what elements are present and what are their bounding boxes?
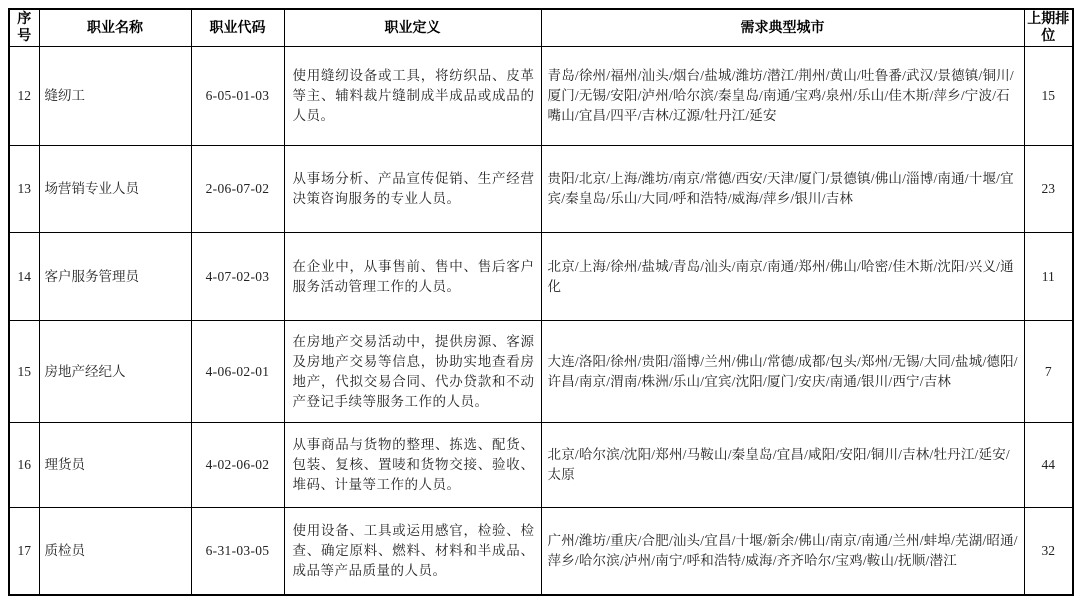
cell-name: 缝纫工: [39, 47, 191, 146]
cell-rank: 11: [1024, 233, 1073, 321]
table-row: 13 场营销专业人员 2-06-07-02 从事场分析、产品宣传促销、生产经营决…: [9, 146, 1073, 233]
cell-definition: 在企业中，从事售前、售中、售后客户服务活动管理工作的人员。: [284, 233, 541, 321]
cell-cities: 北京/上海/徐州/盐城/青岛/汕头/南京/南通/郑州/佛山/哈密/佳木斯/沈阳/…: [541, 233, 1024, 321]
cell-definition: 从事商品与货物的整理、拣选、配货、包装、复核、置唛和货物交接、验收、堆码、计量等…: [284, 423, 541, 508]
cell-cities: 大连/洛阳/徐州/贵阳/淄博/兰州/佛山/常德/成都/包头/郑州/无锡/大同/盐…: [541, 321, 1024, 423]
header-occupation-code: 职业代码: [191, 9, 284, 47]
table-row: 16 理货员 4-02-06-02 从事商品与货物的整理、拣选、配货、包装、复核…: [9, 423, 1073, 508]
cell-rank: 44: [1024, 423, 1073, 508]
cell-cities: 贵阳/北京/上海/潍坊/南京/常德/西安/天津/厦门/景德镇/佛山/淄博/南通/…: [541, 146, 1024, 233]
cell-name: 质检员: [39, 508, 191, 595]
occupation-demand-table: 序号 职业名称 职业代码 职业定义 需求典型城市 上期排位 12 缝纫工 6-0…: [8, 8, 1074, 596]
header-occupation-name: 职业名称: [39, 9, 191, 47]
cell-no: 16: [9, 423, 39, 508]
cell-name: 场营销专业人员: [39, 146, 191, 233]
cell-cities: 北京/哈尔滨/沈阳/郑州/马鞍山/秦皇岛/宜昌/咸阳/安阳/铜川/吉林/牡丹江/…: [541, 423, 1024, 508]
cell-code: 6-05-01-03: [191, 47, 284, 146]
header-previous-rank: 上期排位: [1024, 9, 1073, 47]
cell-definition: 使用缝纫设备或工具，将纺织品、皮革等主、辅料裁片缝制成半成品或成品的人员。: [284, 47, 541, 146]
header-demand-cities: 需求典型城市: [541, 9, 1024, 47]
cell-definition: 在房地产交易活动中，提供房源、客源及房地产交易等信息，协助实地查看房地产，代拟交…: [284, 321, 541, 423]
table-row: 15 房地产经纪人 4-06-02-01 在房地产交易活动中，提供房源、客源及房…: [9, 321, 1073, 423]
cell-no: 15: [9, 321, 39, 423]
cell-code: 4-06-02-01: [191, 321, 284, 423]
table-header-row: 序号 职业名称 职业代码 职业定义 需求典型城市 上期排位: [9, 9, 1073, 47]
table-row: 12 缝纫工 6-05-01-03 使用缝纫设备或工具，将纺织品、皮革等主、辅料…: [9, 47, 1073, 146]
cell-definition: 从事场分析、产品宣传促销、生产经营决策咨询服务的专业人员。: [284, 146, 541, 233]
document-page: 序号 职业名称 职业代码 职业定义 需求典型城市 上期排位 12 缝纫工 6-0…: [0, 0, 1080, 600]
header-occupation-definition: 职业定义: [284, 9, 541, 47]
cell-rank: 7: [1024, 321, 1073, 423]
cell-name: 理货员: [39, 423, 191, 508]
cell-rank: 15: [1024, 47, 1073, 146]
cell-no: 14: [9, 233, 39, 321]
cell-no: 12: [9, 47, 39, 146]
cell-code: 2-06-07-02: [191, 146, 284, 233]
cell-rank: 23: [1024, 146, 1073, 233]
cell-rank: 32: [1024, 508, 1073, 595]
cell-code: 4-07-02-03: [191, 233, 284, 321]
cell-cities: 青岛/徐州/福州/汕头/烟台/盐城/潍坊/潜江/荆州/黄山/吐鲁番/武汉/景德镇…: [541, 47, 1024, 146]
cell-no: 17: [9, 508, 39, 595]
cell-name: 客户服务管理员: [39, 233, 191, 321]
cell-cities: 广州/潍坊/重庆/合肥/汕头/宜昌/十堰/新余/佛山/南京/南通/兰州/蚌埠/芜…: [541, 508, 1024, 595]
table-row: 14 客户服务管理员 4-07-02-03 在企业中，从事售前、售中、售后客户服…: [9, 233, 1073, 321]
cell-name: 房地产经纪人: [39, 321, 191, 423]
cell-code: 6-31-03-05: [191, 508, 284, 595]
cell-definition: 使用设备、工具或运用感官，检验、检查、确定原料、燃料、材料和半成品、成品等产品质…: [284, 508, 541, 595]
cell-no: 13: [9, 146, 39, 233]
table-row: 17 质检员 6-31-03-05 使用设备、工具或运用感官，检验、检查、确定原…: [9, 508, 1073, 595]
header-no: 序号: [9, 9, 39, 47]
cell-code: 4-02-06-02: [191, 423, 284, 508]
